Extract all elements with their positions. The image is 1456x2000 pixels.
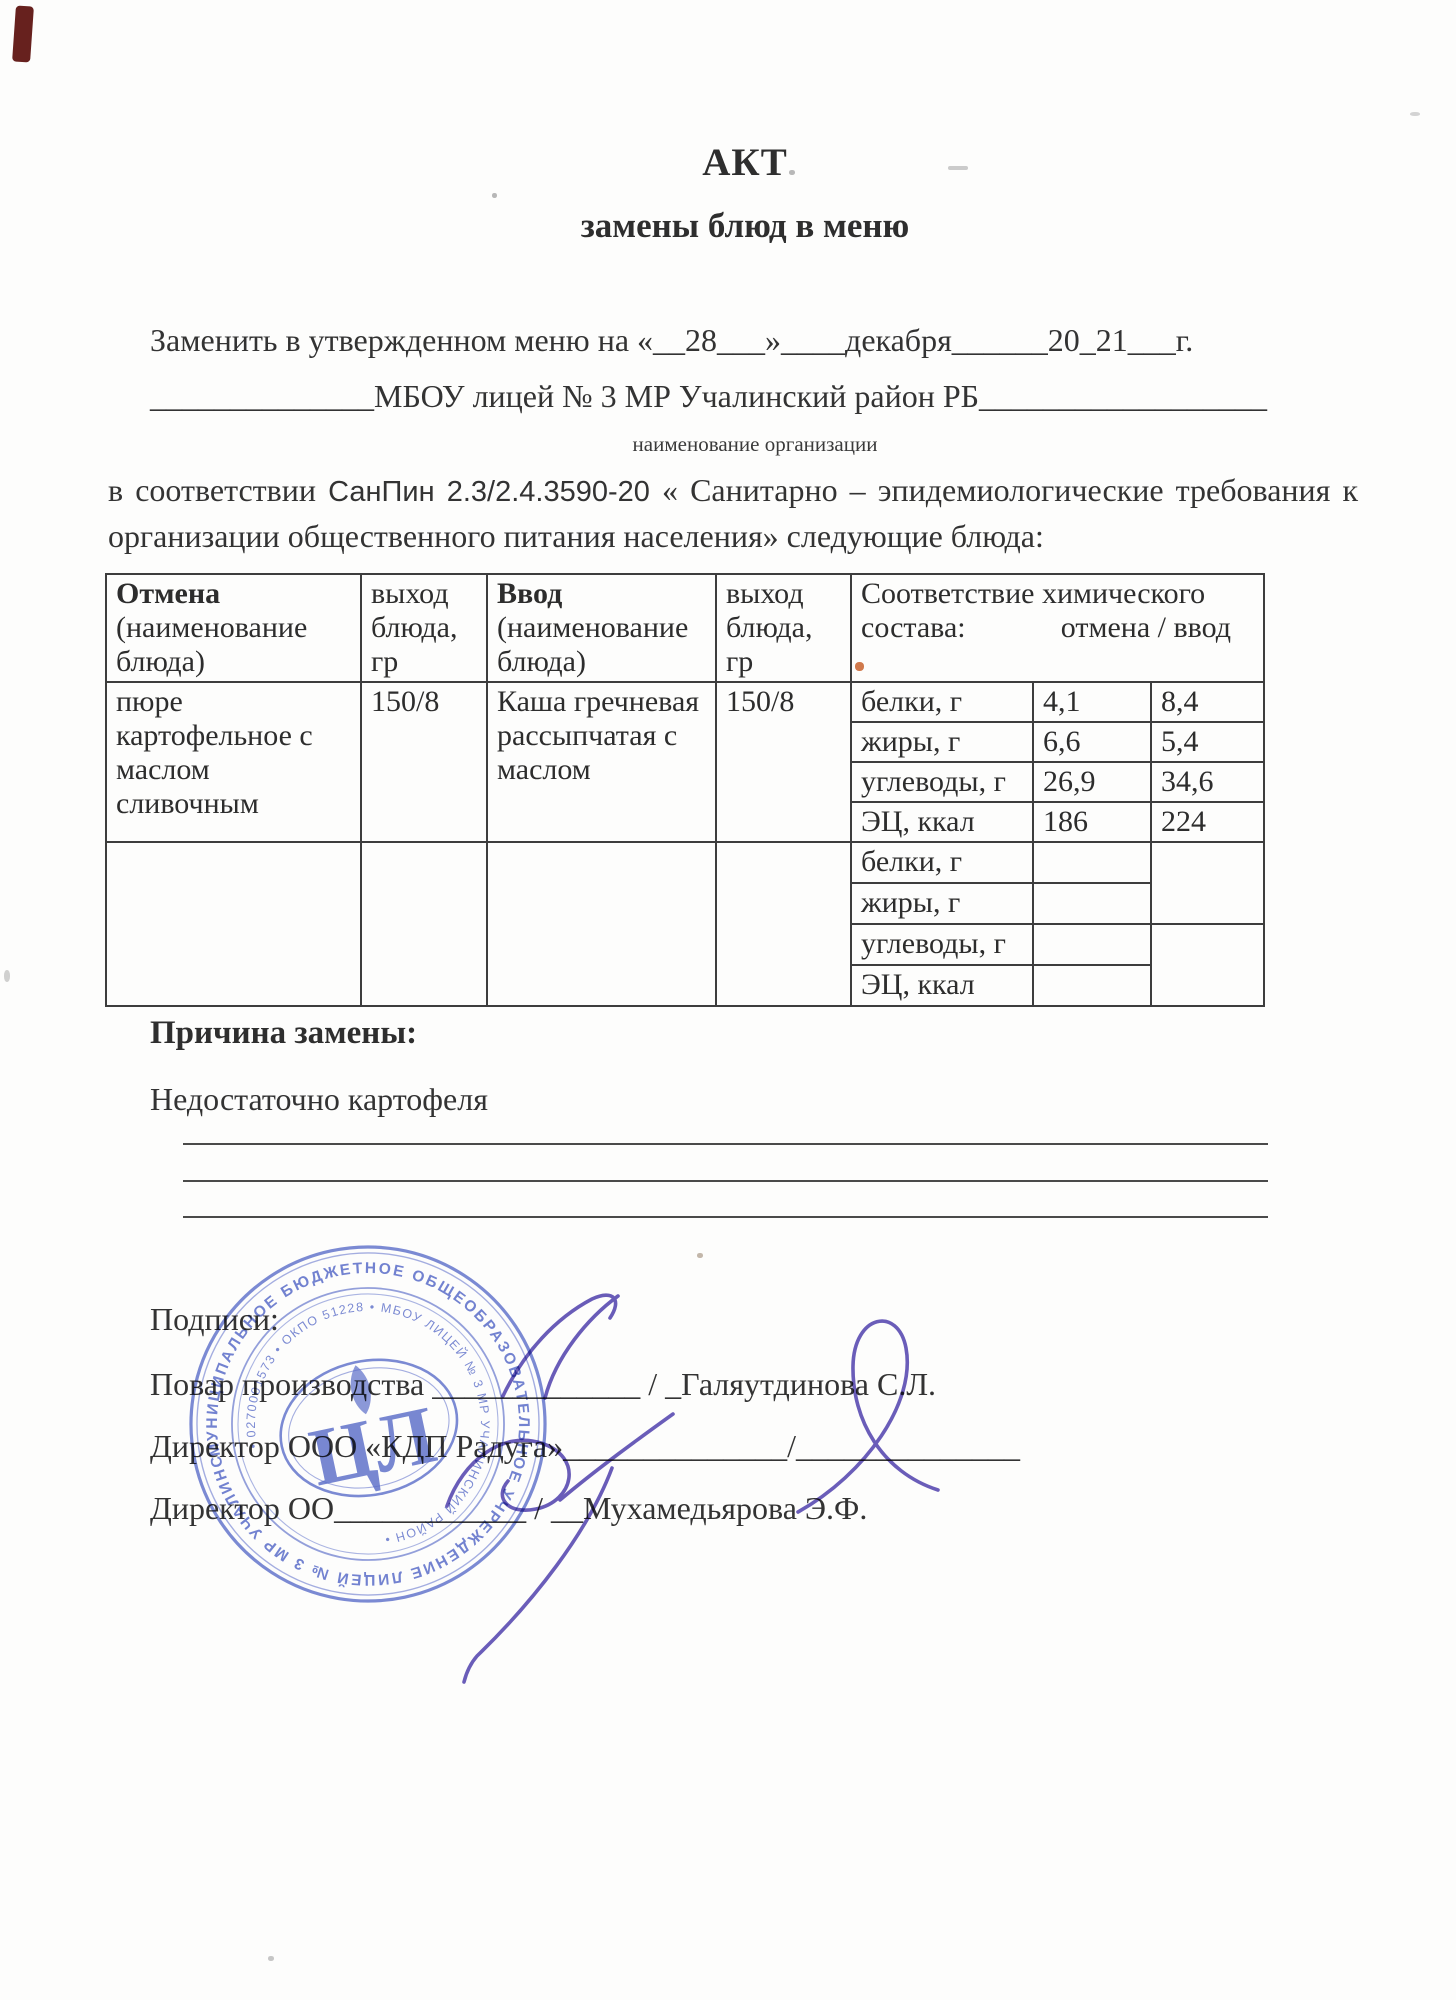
header-chem-line2: состава: отмена / ввод (861, 611, 1257, 645)
header-input-title: Ввод (497, 577, 562, 610)
scanned-document-page: { "document": { "title": "АКТ", "subtitl… (0, 0, 1456, 2000)
scan-dash (1410, 112, 1420, 116)
signature-row-director-company: Директор ООО «КДП Радуга»______________/… (150, 1428, 1020, 1465)
reason-label: Причина замены: (150, 1015, 417, 1052)
sanpin-post: « Санитарно – эпидемиологические требова… (650, 472, 1358, 508)
document-subtitle: замены блюд в меню (0, 206, 1456, 246)
sig-separator: / (787, 1428, 796, 1464)
header-chem-line1: Соответствие химического (861, 577, 1257, 611)
cancel-value: 26,9 (1033, 762, 1151, 802)
organization-caption: наименование организации (633, 432, 878, 457)
scan-speck (4, 970, 10, 982)
blank-rule-1 (183, 1143, 1268, 1145)
stamp-outer-ring (166, 1222, 570, 1626)
sig-role: Директор ООО «КДП Радуга» (150, 1428, 563, 1464)
scan-speck (492, 193, 497, 198)
sanpin-reference: СанПин 2.3/2.4.3590-20 (328, 476, 650, 508)
cancel-value-empty (1033, 924, 1151, 965)
sig-blank: _____________ (432, 1366, 640, 1402)
sanpin-paragraph: в соответствии СанПин 2.3/2.4.3590-20 « … (108, 468, 1358, 558)
nutrient-label: углеводы, г (851, 762, 1033, 802)
sanpin-line-2: организации общественного питания населе… (108, 514, 1358, 558)
cell-cancel-dish-empty (106, 842, 361, 1006)
scan-corner-mark (12, 5, 34, 62)
header-cancel-sub: (наименование блюда) (116, 611, 307, 678)
input-value-empty (1151, 842, 1264, 924)
signature-row-cook: Повар производства _____________ / _Галя… (150, 1366, 936, 1403)
nutrient-label: жиры, г (851, 883, 1033, 924)
director-signature-loop (798, 1321, 938, 1512)
header-chem: Соответствие химического состава: отмена… (851, 574, 1264, 682)
sig-separator: / (640, 1366, 665, 1402)
cell-input-dish: Каша гречневая рассыпчатая с маслом (487, 682, 716, 842)
input-value: 224 (1151, 802, 1264, 842)
header-input-sub: (наименование блюда) (497, 611, 688, 678)
cancel-value: 4,1 (1033, 682, 1151, 722)
sig-role: Директор ОО (150, 1490, 334, 1526)
scan-dash (948, 166, 968, 170)
round-stamp: МУНИЦИПАЛЬНОЕ БЮДЖЕТНОЕ ОБЩЕОБРАЗОВАТЕЛЬ… (166, 1222, 570, 1626)
organization-line: ______________МБОУ лицей № 3 МР Учалинск… (150, 378, 1267, 415)
sanpin-pre: в соответствии (108, 472, 328, 508)
stamp-outer-ring-2 (166, 1222, 570, 1626)
nutrient-label: белки, г (851, 682, 1033, 722)
signatures-label: Подписи: (150, 1301, 279, 1338)
sig-blank: ______________ (563, 1428, 787, 1464)
header-output-1: выход блюда, гр (361, 574, 487, 682)
cancel-value-empty (1033, 883, 1151, 924)
cell-input-output: 150/8 (716, 682, 851, 842)
scan-speck-orange (855, 662, 864, 671)
stamp-ring-text: МУНИЦИПАЛЬНОЕ БЮДЖЕТНОЕ ОБЩЕОБРАЗОВАТЕЛЬ… (166, 1222, 563, 1626)
sig-role: Повар производства (150, 1366, 424, 1402)
input-value: 34,6 (1151, 762, 1264, 802)
cell-cancel-dish: пюре картофельное с маслом сливочным (106, 682, 361, 842)
scan-speck (268, 1956, 274, 1961)
cancel-value-empty (1033, 965, 1151, 1006)
sig-name: _Галяутдинова С.Л. (665, 1366, 936, 1402)
blank-rule-3 (183, 1216, 1268, 1218)
cell-cancel-output: 150/8 (361, 682, 487, 842)
nutrient-label: ЭЦ, ккал (851, 802, 1033, 842)
sig-name: __Мухамедьярова Э.Ф. (551, 1490, 867, 1526)
cell-input-output-empty (716, 842, 851, 1006)
sig-blank: ____________ (334, 1490, 526, 1526)
menu-replacement-table: Отмена (наименование блюда) выход блюда,… (105, 573, 1265, 1007)
header-input: Ввод (наименование блюда) (487, 574, 716, 682)
blank-rule-2 (183, 1180, 1268, 1182)
reason-text: Недостаточно картофеля (150, 1081, 488, 1118)
header-chem-sostava: состава: (861, 611, 966, 645)
document-title: АКТ (0, 140, 1456, 185)
signature-row-director-school: Директор ОО____________ / __Мухамедьяров… (150, 1490, 867, 1527)
input-value-empty (1151, 924, 1264, 1006)
header-cancel-title: Отмена (116, 577, 220, 610)
cancel-value: 186 (1033, 802, 1151, 842)
cancel-value-empty (1033, 842, 1151, 883)
sig-separator: / (526, 1490, 551, 1526)
cancel-value: 6,6 (1033, 722, 1151, 762)
scan-speck (789, 170, 795, 175)
header-cancel: Отмена (наименование блюда) (106, 574, 361, 682)
nutrient-label: жиры, г (851, 722, 1033, 762)
input-value: 5,4 (1151, 722, 1264, 762)
scan-speck (697, 1253, 703, 1258)
nutrient-label: углеводы, г (851, 924, 1033, 965)
nutrient-label: ЭЦ, ккал (851, 965, 1033, 1006)
cell-input-dish-empty (487, 842, 716, 1006)
sig-blank: ______________ (796, 1428, 1020, 1464)
header-output-2: выход блюда, гр (716, 574, 851, 682)
cell-cancel-output-empty (361, 842, 487, 1006)
input-value: 8,4 (1151, 682, 1264, 722)
header-chem-otmena-vvod: отмена / ввод (1061, 611, 1231, 645)
intro-date-line: Заменить в утвержденном меню на «__28___… (150, 322, 1193, 359)
nutrient-label: белки, г (851, 842, 1033, 883)
sanpin-line-1: в соответствии СанПин 2.3/2.4.3590-20 « … (108, 468, 1358, 514)
